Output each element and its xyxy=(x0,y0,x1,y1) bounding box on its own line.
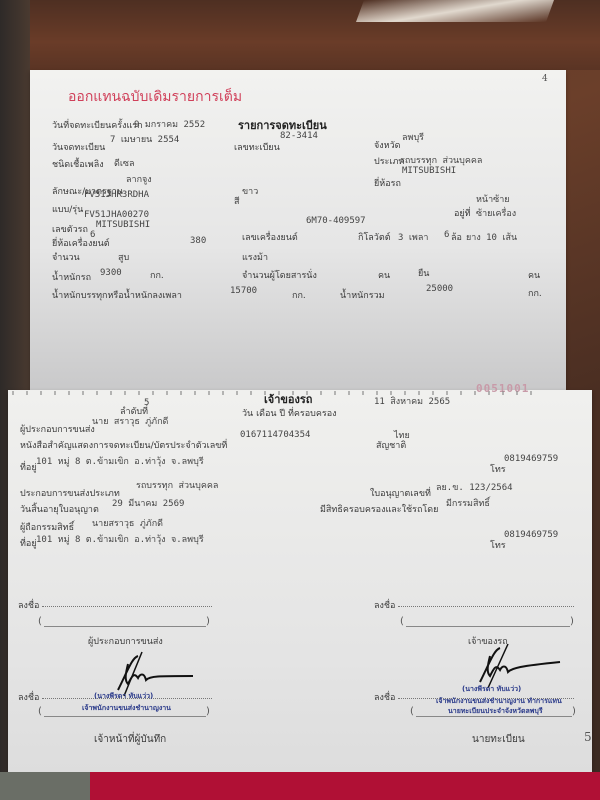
phone-label: โทร xyxy=(490,462,506,476)
reg-date-label: วันจดทะเบียน xyxy=(52,140,105,154)
seats-unit: คน xyxy=(378,268,390,282)
load-weight: 15700 xyxy=(230,286,257,296)
registrar-signature xyxy=(460,642,570,690)
operator-name-line xyxy=(44,626,206,627)
kilowatt-label: กิโลวัตต์ xyxy=(358,230,391,244)
open-paren: ( xyxy=(400,616,404,627)
id-doc-label: หนังสือสำคัญแสดงการจดทะเบียน/บัตรประจำตั… xyxy=(20,438,227,452)
license-no-label: ใบอนุญาตเลขที่ xyxy=(370,486,431,500)
cylinders-label: จำนวน xyxy=(52,250,80,264)
license-expiry-label: วันสิ้นอายุใบอนุญาต xyxy=(20,502,99,516)
operator-label: ผู้ประกอบการขนส่ง xyxy=(20,422,95,436)
model: FV51JHR3RDHA xyxy=(84,190,149,200)
open-paren: ( xyxy=(38,616,42,627)
light-glare xyxy=(356,0,554,22)
close-paren: ) xyxy=(206,616,210,627)
color: ขาว xyxy=(242,184,258,198)
province: ลพบุรี xyxy=(402,130,424,144)
perforation-line xyxy=(12,391,532,395)
registrar-stamp-name: (นางพีรดา ทับแว่ว) xyxy=(462,684,521,695)
owner-address-label: ที่อยู่ xyxy=(20,536,37,550)
cylinders: 6 xyxy=(90,230,95,240)
close-paren: ) xyxy=(572,706,576,717)
gross-weight-label: น้ำหนักรวม xyxy=(340,288,385,302)
phone: 0819469759 xyxy=(504,454,558,464)
officer-stamp-title: เจ้าพนักงานขนส่งชำนาญงาน xyxy=(82,703,171,714)
registration-page-bottom: 0051001 เจ้าของรถ 11 สิงหาคม 2565 วัน เด… xyxy=(8,390,592,772)
open-paren: ( xyxy=(38,706,42,717)
address-label: ที่อยู่ xyxy=(20,460,37,474)
chassis-location: หน้าซ้าย xyxy=(476,192,510,206)
possession-date-label: วัน เดือน ปี ที่ครอบครอง xyxy=(242,406,337,420)
owner-phone: 0819469759 xyxy=(504,530,558,540)
address: 101 หมู่ 8 ต.ข้ามเขิก อ.ท่าวุ้ง จ.ลพบุรี xyxy=(36,454,204,468)
recorder-name-line xyxy=(44,716,206,717)
vehicle-weight: 9300 xyxy=(100,268,122,278)
possession-date: 11 สิงหาคม 2565 xyxy=(374,394,450,408)
engine-brand-label: ยี่ห้อเครื่องยนต์ xyxy=(52,236,110,250)
close-paren: ) xyxy=(570,616,574,627)
operator-caption: ผู้ประกอบการขนส่ง xyxy=(88,634,163,648)
tires: ยาง 10 เส้น xyxy=(466,230,517,244)
registrar-sign-label: ลงชื่อ xyxy=(374,690,395,704)
owner-sign-label: ลงชื่อ xyxy=(374,598,395,612)
chassis-location-label: อยู่ที่ xyxy=(454,206,471,220)
chassis-number: FV51JHA00270 xyxy=(84,210,149,220)
open-paren: ( xyxy=(410,706,414,717)
gross-weight-unit: กก. xyxy=(528,286,542,300)
engine-number: 6M70-409597 xyxy=(306,216,366,226)
province-label: จังหวัด xyxy=(374,138,401,152)
first-reg-date-label: วันที่จดทะเบียนครั้งแรก xyxy=(52,118,143,132)
engine-location: ซ้ายเครื่อง xyxy=(476,206,516,220)
owner-sign-line xyxy=(398,606,574,607)
owner-address: 101 หมู่ 8 ต.ข้ามเขิก อ.ท่าวุ้ง จ.ลพบุรี xyxy=(36,532,204,546)
axles: 3 เพลา xyxy=(398,230,428,244)
recorder-caption: เจ้าหน้าที่ผู้บันทึก xyxy=(94,732,166,747)
wheels-prefix: 6 xyxy=(444,230,449,240)
owner-name: นายสราวุธ ภู่ภักดี xyxy=(92,516,163,530)
horsepower-label: แรงม้า xyxy=(242,250,268,264)
possession-right-label: มีสิทธิครอบครองและใช้รถโดย xyxy=(320,502,438,516)
red-booklet-cover xyxy=(90,772,600,800)
vehicle-weight-label: น้ำหนักรถ xyxy=(52,270,91,284)
horsepower: 380 xyxy=(190,236,206,246)
model-label: แบบ/รุ่น xyxy=(52,202,83,216)
reg-date: 7 เมษายน 2554 xyxy=(110,132,179,146)
registration-page-top: 4 ออกแทนฉบับเดิมรายการเต็ม วันที่จดทะเบี… xyxy=(30,70,566,390)
registrar-caption: นายทะเบียน xyxy=(472,732,525,747)
license-expiry: 29 มีนาคม 2569 xyxy=(112,496,184,510)
color-label: สี xyxy=(234,194,240,208)
plate-label: เลขทะเบียน xyxy=(234,140,280,154)
owner-name-line xyxy=(406,626,570,627)
license-no: ลย.ข. 123/2564 xyxy=(436,480,513,494)
wheels-label: ล้อ xyxy=(451,230,462,244)
standing-unit: คน xyxy=(528,268,540,282)
chassis-label: เลขตัวรถ xyxy=(52,222,88,236)
transport-type: รถบรรทุก ส่วนบุคคล xyxy=(136,478,218,492)
first-reg-date: 9 มกราคม 2552 xyxy=(134,117,205,131)
id-number: 0167114704354 xyxy=(240,430,310,440)
engine-number-label: เลขเครื่องยนต์ xyxy=(242,230,298,244)
page-number-top: 4 xyxy=(542,74,548,84)
possession-right: มีกรรมสิทธิ์ xyxy=(446,496,490,510)
cylinders-unit: สูบ xyxy=(118,250,129,264)
seats-label: จำนวนผู้โดยสารนั่ง xyxy=(242,268,317,282)
make: MITSUBISHI xyxy=(402,166,456,176)
operator-sign-label: ลงชื่อ xyxy=(18,598,39,612)
gray-cover-strip xyxy=(0,772,92,800)
registrar-name-line xyxy=(416,716,572,717)
red-header: ออกแทนฉบับเดิมรายการเต็ม xyxy=(68,86,242,108)
operator-name: นาย สราวุธ ภู่ภักดี xyxy=(92,414,168,428)
engine-brand: MITSUBISHI xyxy=(96,220,150,230)
gross-weight: 25000 xyxy=(426,284,453,294)
load-weight-unit: กก. xyxy=(292,288,306,302)
style-value: ลากจูง xyxy=(126,172,152,186)
close-paren: ) xyxy=(206,706,210,717)
operator-sign-line xyxy=(42,606,212,607)
vehicle-weight-unit: กก. xyxy=(150,268,164,282)
nationality: ไทย xyxy=(394,428,410,442)
officer-stamp-name: (นางพีรดา ทับแว่ว) xyxy=(94,691,153,702)
transport-type-label: ประกอบการขนส่งประเภท xyxy=(20,486,120,500)
sequence-number: 5 xyxy=(144,398,149,408)
recorder-sign-label: ลงชื่อ xyxy=(18,690,39,704)
owner-phone-label: โทร xyxy=(490,538,506,552)
standing-label: ยืน xyxy=(418,266,429,280)
fuel: ดีเซล xyxy=(114,156,135,170)
vehicle-type: รถบรรทุก ส่วนบุคคล xyxy=(400,153,482,167)
plate-number: 82-3414 xyxy=(280,131,318,141)
fuel-label: ชนิดเชื้อเพลิง xyxy=(52,157,104,171)
load-weight-label: น้ำหนักบรรทุกหรือน้ำหนักลงเพลา xyxy=(52,288,182,302)
page-number-bottom: 5 xyxy=(584,730,592,744)
make-label: ยี่ห้อรถ xyxy=(374,176,401,190)
